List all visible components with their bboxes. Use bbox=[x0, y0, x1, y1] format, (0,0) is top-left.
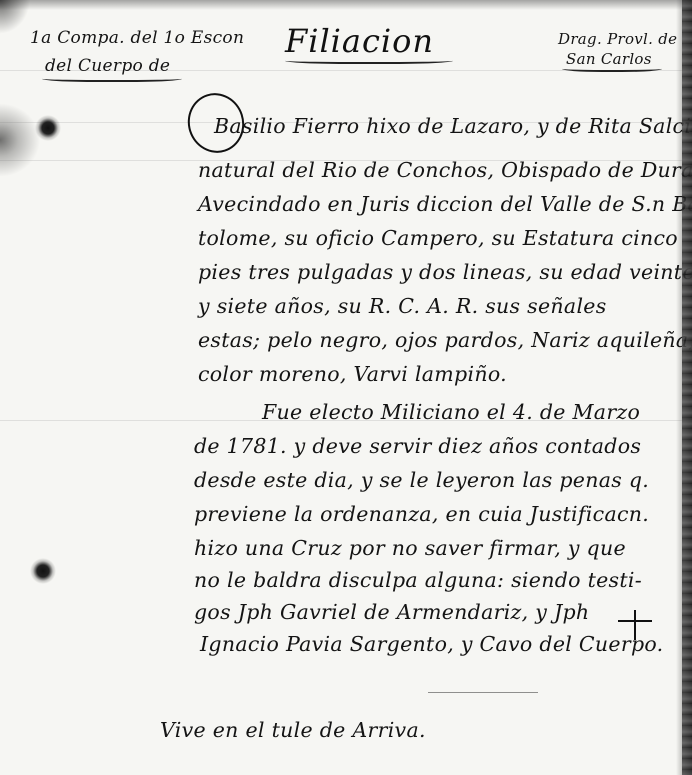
body-line-7: estas; pelo negro, ojos pardos, Nariz aq… bbox=[198, 328, 692, 352]
manuscript-page: 1a Compa. del 1o Escon del Cuerpo de Fil… bbox=[0, 0, 692, 775]
body-line-6: y siete años, su R. C. A. R. sus señales bbox=[198, 294, 607, 318]
signature-cross-icon bbox=[618, 610, 652, 640]
body2-line-2: de 1781. y deve servir diez años contado… bbox=[194, 434, 641, 458]
title-underline bbox=[285, 56, 453, 64]
body-line-5: pies tres pulgadas y dos lineas, su edad… bbox=[198, 260, 692, 284]
body-line-4: tolome, su oficio Campero, su Estatura c… bbox=[198, 226, 678, 250]
header-left-line2: del Cuerpo de bbox=[45, 56, 170, 76]
body2-line-1: Fue electo Miliciano el 4. de Marzo bbox=[262, 400, 640, 424]
binding-hole bbox=[34, 114, 62, 142]
page-title: Filiacion bbox=[285, 22, 434, 60]
header-left-underline bbox=[42, 74, 182, 82]
body-line-8: color moreno, Varvi lampiño. bbox=[198, 362, 507, 386]
body2-line-8: Ignacio Pavia Sargento, y Cavo del Cuerp… bbox=[200, 632, 663, 656]
body2-line-5: hizo una Cruz por no saver firmar, y que bbox=[194, 536, 626, 560]
body2-line-4: previene la ordenanza, en cuia Justifica… bbox=[194, 502, 649, 526]
cross-vertical bbox=[634, 610, 636, 640]
binding-hole bbox=[30, 558, 56, 584]
header-left-line1: 1a Compa. del 1o Escon bbox=[30, 28, 244, 48]
header-right-line1: Drag. Provl. de bbox=[558, 30, 677, 48]
body2-line-6: no le baldra disculpa alguna: siendo tes… bbox=[194, 568, 642, 592]
body-line-2: natural del Rio de Conchos, Obispado de … bbox=[198, 158, 692, 182]
signature-line bbox=[428, 692, 538, 693]
body2-line-3: desde este dia, y se le leyeron las pena… bbox=[194, 468, 649, 492]
body-line-3: Avecindado en Juris diccion del Valle de… bbox=[198, 192, 692, 216]
footer-note: Vive en el tule de Arriva. bbox=[160, 718, 426, 742]
header-right-underline bbox=[562, 64, 662, 72]
body2-line-7: gos Jph Gavriel de Armendariz, y Jph bbox=[194, 600, 589, 624]
body-line-1: Basilio Fierro hixo de Lazaro, y de Rita… bbox=[214, 114, 692, 138]
page-binding-edge bbox=[682, 0, 692, 775]
